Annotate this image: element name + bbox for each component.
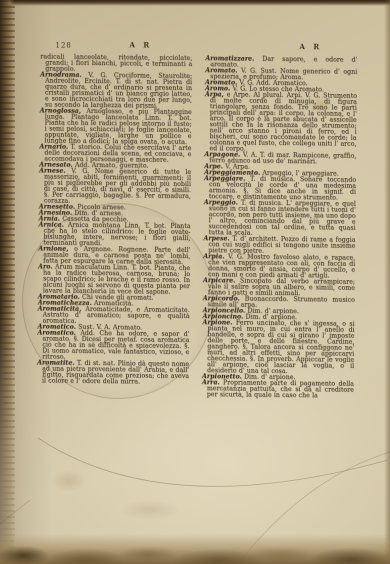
entry-headword: Aromato.	[205, 67, 237, 74]
running-head-left: A R	[129, 40, 152, 49]
entry-headword: Arnoglossa,	[40, 107, 81, 114]
entry-headword: Aromatite.	[37, 359, 74, 366]
running-head-right: A R	[299, 42, 322, 51]
entry-headword: Aro.	[38, 263, 53, 270]
dictionary-entry: Aro. Arum maculatum Linn. T. bot. Pianta…	[38, 264, 190, 296]
dictionary-entry: Aromatite. T. di st. nat. Plinio dà ques…	[37, 360, 189, 386]
entry-headword: Arra.	[202, 379, 220, 386]
dictionary-entry: Arnodrama. V. G. Crociforme, Staurolite;…	[40, 72, 192, 110]
entry-headword: Aromatizzare.	[205, 55, 254, 63]
dictionary-entry: Aromatico. Add. Che ha odore, e sapor d'…	[37, 330, 189, 362]
entry-headword: Arnodrama.	[40, 71, 82, 78]
dictionary-entry: Arpeggio. T. di musica. L' arpeggiare, e…	[203, 200, 355, 238]
entry-headword: Aromaticità,	[38, 305, 82, 312]
entry-headword: Arpa,	[205, 91, 224, 98]
dictionary-entry: Arnoglossa, Arnoglosso, e più Plantaggin…	[39, 108, 191, 146]
dictionary-entry: Arra. Propriamente parte di pagamento de…	[202, 380, 354, 400]
entry-headword: Arnione,	[38, 245, 68, 252]
entry-headword: Arpeggio.	[204, 199, 238, 206]
entry-headword: Arpione.	[203, 319, 233, 326]
entry-headword: Arnario.	[39, 143, 68, 150]
entry-headword: Arnese.	[39, 167, 65, 174]
entry-headword: Arpicare.	[203, 277, 235, 284]
dictionary-entry: Arpeggiare. T. di musica. Sonare toccand…	[204, 176, 356, 202]
page-number: 128	[55, 42, 71, 50]
text-columns: radicali lanceolate, ritondate, picciola…	[37, 54, 358, 399]
entry-headword: Arpicordo.	[203, 295, 240, 302]
entry-headword: Arpagone.	[204, 151, 240, 158]
dictionary-entry: Arnese. V. G. Nome generico di tutte le …	[39, 168, 191, 206]
dictionary-entry: Arpione. Ferro uncinato, che s' ingessa,…	[202, 320, 355, 376]
dictionary-entry: Arpa, e Arpe. Al plural. Arpi. V. G. Str…	[204, 92, 357, 154]
dictionary-entry: Arpia. V. G. Mostro favoloso alato, e ra…	[203, 254, 355, 280]
entry-headword: Arpeggiare.	[204, 175, 245, 182]
text-column-right: Aromatizzare. Dar sapore, e odore d' aro…	[202, 56, 358, 400]
entry-headword: Arpese.	[203, 235, 229, 242]
text-column-left: radicali lanceolate, ritondate, picciola…	[37, 54, 193, 398]
entry-headword: Arpia.	[203, 253, 224, 260]
entry-headword: Aromatico.	[37, 329, 75, 336]
dictionary-entry: Arnica. Arnica montana Linn. T. bot. Pia…	[38, 222, 190, 248]
entry-headword: Arnica.	[39, 221, 64, 228]
scanned-book-page: 128 A R A R radicali lanceolate, ritonda…	[0, 0, 390, 564]
page-content: 128 A R A R radicali lanceolate, ritonda…	[0, 0, 390, 564]
